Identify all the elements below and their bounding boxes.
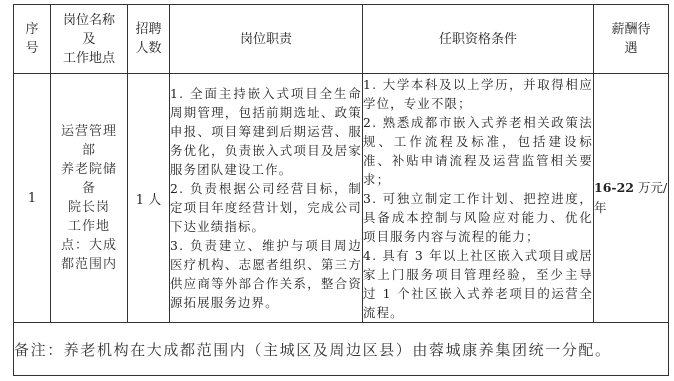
header-position: 岗位名称 及 工作地点 xyxy=(51,5,128,74)
header-duties: 岗位职责 xyxy=(170,5,363,74)
note-row: 备注：养老机构在大成都范围内（主城区及周边区县）由蓉城康养集团统一分配。 xyxy=(14,323,669,376)
cell-count: 1 人 xyxy=(128,74,170,323)
table-row: 1 运营管理 部 养老院储 备 院长岗 工作地 点：大成 都范围内 1 人 1.… xyxy=(14,74,669,323)
qualification-item: 4. 具有 3 年以上社区嵌入式项目或居家上门服务项目管理经验，至少主导过 1 … xyxy=(363,246,593,322)
cell-qualifications: 1. 大学本科及以上学历，并取得相应学位，专业不限； 2. 熟悉成都市嵌入式养老… xyxy=(363,74,594,323)
duty-item: 1. 全面主持嵌入式项目全生命周期管理，包括前期选址、政策申报、项目筹建到后期运… xyxy=(170,84,362,179)
cell-position: 运营管理 部 养老院储 备 院长岗 工作地 点：大成 都范围内 xyxy=(51,74,128,323)
job-posting-table: 序 号 岗位名称 及 工作地点 招聘 人数 岗位职责 任职资格条件 薪酬待 遇 … xyxy=(13,4,669,376)
header-seq: 序 号 xyxy=(14,5,51,74)
qualification-item: 2. 熟悉成都市嵌入式养老相关政策法规、工作流程及标准，包括建设标准、补贴申请流… xyxy=(363,113,593,189)
header-salary: 薪酬待 遇 xyxy=(594,5,669,74)
qualification-item: 3. 可独立制定工作计划、把控进度，具备成本控制与风险应对能力、优化项目服务内容… xyxy=(363,189,593,246)
header-row: 序 号 岗位名称 及 工作地点 招聘 人数 岗位职责 任职资格条件 薪酬待 遇 xyxy=(14,5,669,74)
cell-duties: 1. 全面主持嵌入式项目全生命周期管理，包括前期选址、政策申报、项目筹建到后期运… xyxy=(170,74,363,323)
header-qualifications: 任职资格条件 xyxy=(363,5,594,74)
duty-item: 3. 负责建立、维护与项目周边医疗机构、志愿者组织、第三方供应商等外部合作关系，… xyxy=(170,236,362,312)
header-count: 招聘 人数 xyxy=(128,5,170,74)
qualification-item: 1. 大学本科及以上学历，并取得相应学位，专业不限； xyxy=(363,75,593,113)
salary-range: 16-22 xyxy=(594,180,634,195)
duty-item: 2. 负责根据公司经营目标，制定项目年度经营计划，完成公司下达业绩指标。 xyxy=(170,179,362,236)
note-text: 备注：养老机构在大成都范围内（主城区及周边区县）由蓉城康养集团统一分配。 xyxy=(14,323,669,376)
cell-salary: 16-22 万元/年 xyxy=(594,74,669,323)
cell-seq: 1 xyxy=(14,74,51,323)
